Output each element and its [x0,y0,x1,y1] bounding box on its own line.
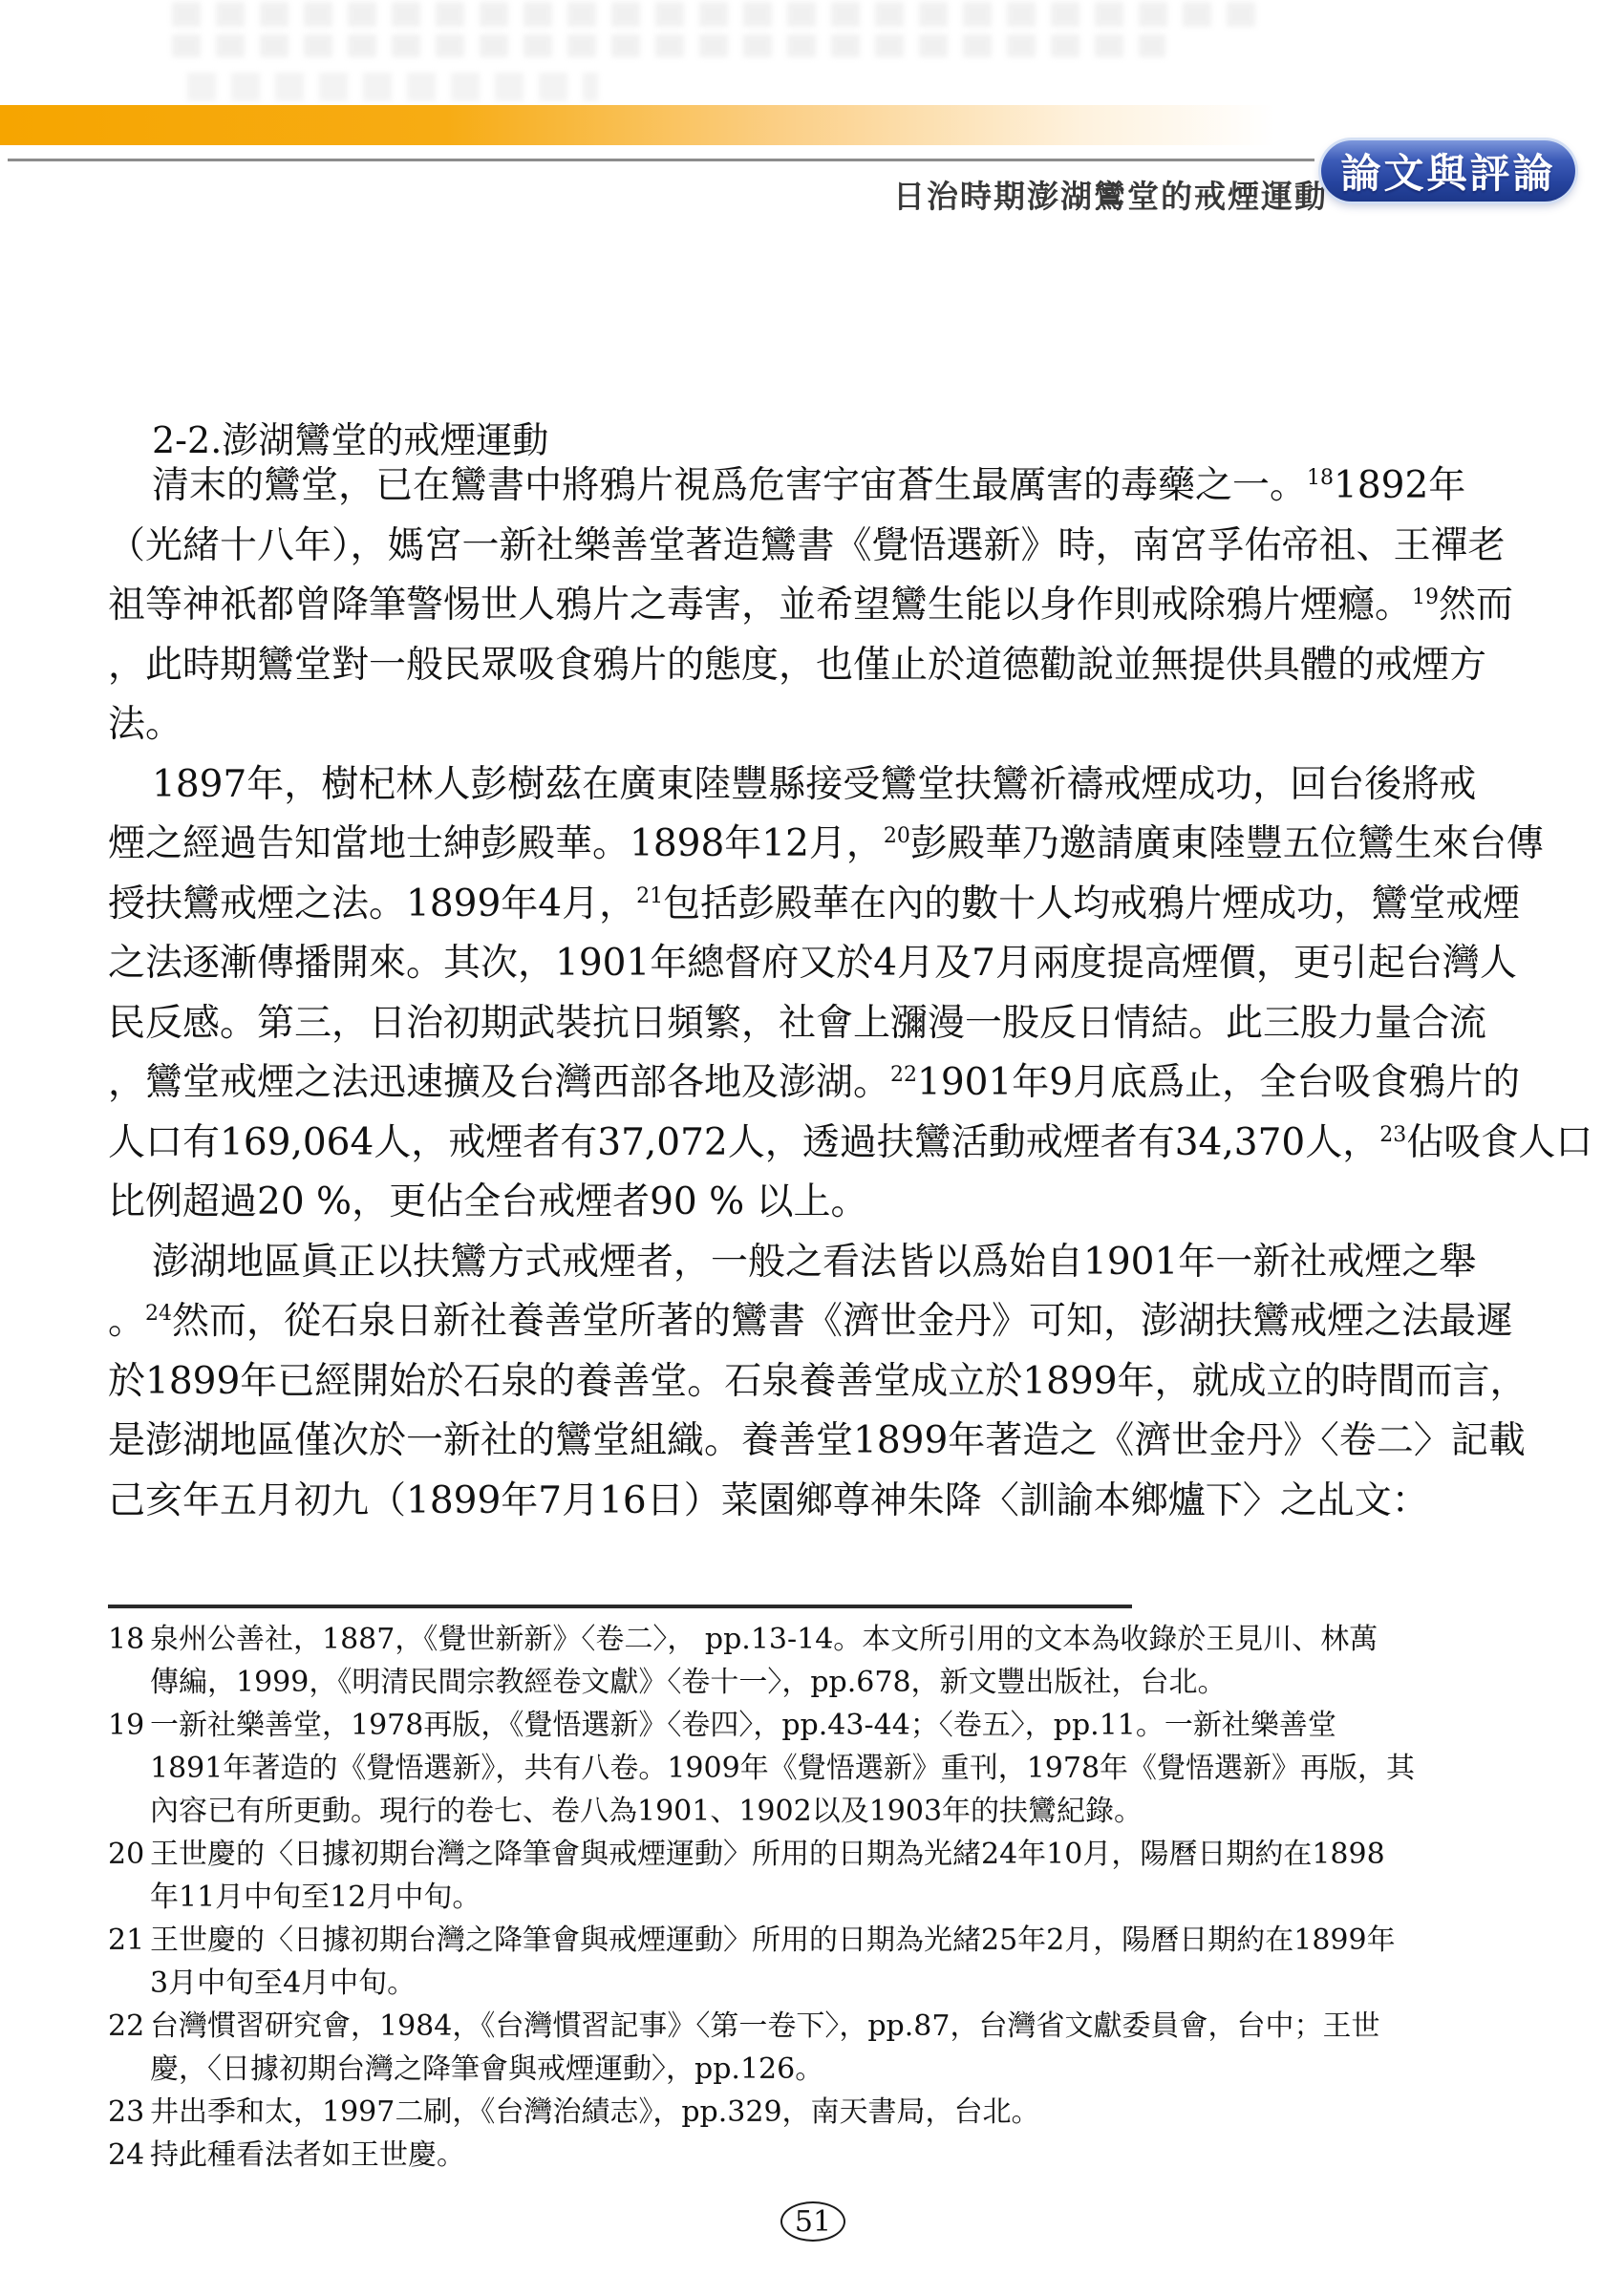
body-line: 澎湖地區眞正以扶鸞方式戒煙者，一般之看法皆以爲始自1901年一新社戒煙之舉 [108,1233,1519,1293]
footnote-row: 慶，〈日據初期台灣之降筆會與戒煙運動〉，pp.126。 [108,2048,1541,2091]
footnote-row: 23井出季和太，1997二刷，《台灣治績志》，pp.329，南天書局，台北。 [108,2091,1541,2134]
footnote-number: 21 [108,1919,150,1962]
body-line: 祖等神祇都曾降筆警惕世人鴉片之毒害，並希望鸞生能以身作則戒除鴉片煙癮。19然而 [108,576,1519,636]
footnote-text: 王世慶的〈日據初期台灣之降筆會與戒煙運動〉所用的日期為光緒25年2月，陽曆日期約… [150,1924,1396,1957]
footnote-row: 年11月中旬至12月中旬。 [108,1876,1541,1919]
body-line: ，鸞堂戒煙之法迅速擴及台灣西部各地及澎湖。221901年9月底爲止，全台吸食鴉片… [108,1053,1519,1114]
page-number-oval: 51 [780,2201,845,2242]
ghost-text [172,34,1165,57]
footnote-text: 3月中旬至4月中旬。 [150,1966,416,2000]
footnote-text: 台灣慣習研究會，1984，《台灣慣習記事》〈第一卷下〉，pp.87，台灣省文獻委… [150,2009,1379,2043]
footnote-text: 年11月中旬至12月中旬。 [150,1881,481,1914]
footnotes: 18泉州公善社，1887，《覺世新新》〈卷二〉， pp.13-14。本文所引用的… [108,1618,1541,2177]
footnote-row: 19一新社樂善堂，1978再版，《覺悟選新》〈卷四〉，pp.43-44；〈卷五〉… [108,1704,1541,1747]
footnote-row: 1891年著造的《覺悟選新》，共有八卷。1909年《覺悟選新》重刊，1978年《… [108,1747,1541,1790]
footnote-row: 20王世慶的〈日據初期台灣之降筆會與戒煙運動〉所用的日期為光緒24年10月，陽曆… [108,1833,1541,1876]
footnote-text: 王世慶的〈日據初期台灣之降筆會與戒煙運動〉所用的日期為光緒24年10月，陽曆日期… [150,1838,1385,1871]
running-title: 日治時期澎湖鸞堂的戒煙運動 [893,172,1328,217]
badge-label: 論文與評論 [1340,142,1555,200]
body-line: 是澎湖地區僅次於一新社的鸞堂組織。養善堂1899年著造之《濟世金丹》〈卷二〉記載 [108,1412,1519,1472]
footnote-text: 持此種看法者如王世慶。 [150,2138,465,2172]
ghost-text [187,73,598,101]
body-line: 清末的鸞堂，已在鸞書中將鴉片視爲危害宇宙蒼生最厲害的毒藥之一。181892年 [108,457,1519,517]
body-line: ，此時期鸞堂對一般民眾吸食鴉片的態度，也僅止於道德勸說並無提供具體的戒煙方 [108,636,1519,696]
body-line: 煙之經過告知當地士紳彭殿華。1898年12月，20彭殿華乃邀請廣東陸豐五位鸞生來… [108,815,1519,875]
footnote-number: 20 [108,1833,150,1876]
body-line: 於1899年已經開始於石泉的養善堂。石泉養善堂成立於1899年，就成立的時間而言… [108,1352,1519,1413]
body-line: 授扶鸞戒煙之法。1899年4月，21包括彭殿華在內的數十人均戒鴉片煙成功，鸞堂戒… [108,875,1519,935]
category-badge: 論文與評論 [1321,140,1575,202]
footnote-row: 21王世慶的〈日據初期台灣之降筆會與戒煙運動〉所用的日期為光緒25年2月，陽曆日… [108,1919,1541,1962]
body-line: 之法逐漸傳播開來。其次，1901年總督府又於4月及7月兩度提高煙價，更引起台灣人 [108,934,1519,994]
footnote-text: 泉州公善社，1887，《覺世新新》〈卷二〉， pp.13-14。本文所引用的文本… [150,1623,1378,1656]
footnote-text: 慶，〈日據初期台灣之降筆會與戒煙運動〉，pp.126。 [150,2052,823,2086]
header-gradient-bar [0,105,1275,145]
footnote-row: 24持此種看法者如王世慶。 [108,2134,1541,2177]
body-line: 。24然而，從石泉日新社養善堂所著的鸞書《濟世金丹》可知，澎湖扶鸞戒煙之法最遲 [108,1292,1519,1352]
footnote-text: 井出季和太，1997二刷，《台灣治績志》，pp.329，南天書局，台北。 [150,2095,1040,2129]
body-line: 民反感。第三，日治初期武裝抗日頻繁，社會上瀰漫一股反日情結。此三股力量合流 [108,994,1519,1054]
body-text: 清末的鸞堂，已在鸞書中將鴉片視爲危害宇宙蒼生最厲害的毒藥之一。181892年 （… [108,457,1519,1531]
body-line: 1897年，樹杞林人彭樹茲在廣東陸豐縣接受鸞堂扶鸞祈禱戒煙成功，回台後將戒 [108,755,1519,816]
footnote-row: 內容已有所更動。現行的卷七、卷八為1901、1902以及1903年的扶鸞紀錄。 [108,1790,1541,1833]
footnote-row: 3月中旬至4月中旬。 [108,1962,1541,2005]
footnote-text: 傳編，1999，《明清民間宗教經卷文獻》〈卷十一〉，pp.678，新文豐出版社，… [150,1666,1227,1699]
body-line: 人口有169,064人，戒煙者有37,072人，透過扶鸞活動戒煙者有34,370… [108,1114,1519,1174]
footnote-number: 23 [108,2091,150,2134]
footnote-row: 18泉州公善社，1887，《覺世新新》〈卷二〉， pp.13-14。本文所引用的… [108,1618,1541,1661]
footnote-text: 內容已有所更動。現行的卷七、卷八為1901、1902以及1903年的扶鸞紀錄。 [150,1795,1143,1828]
scanned-paper-page: 日治時期澎湖鸞堂的戒煙運動 論文與評論 2-2.澎湖鸞堂的戒煙運動 清末的鸞堂，… [0,0,1624,2296]
footnote-separator [108,1605,1132,1608]
page-number: 51 [795,2205,831,2239]
footnote-number: 24 [108,2134,150,2177]
body-line: 己亥年五月初九（1899年7月16日）菜園鄉尊神朱降〈訓諭本鄉爐下〉之乩文： [108,1472,1519,1532]
body-line: （光緒十八年），媽宮一新社樂善堂著造鸞書《覺悟選新》時，南宮孚佑帝祖、王禪老 [108,517,1519,577]
footnote-number: 19 [108,1704,150,1747]
header-rule [8,159,1314,161]
footnote-number: 22 [108,2005,150,2048]
body-line: 比例超過20 %，更佔全台戒煙者90 % 以上。 [108,1173,1519,1233]
ghost-text [172,2,1271,27]
footnote-number: 18 [108,1618,150,1661]
footnote-text: 一新社樂善堂，1978再版，《覺悟選新》〈卷四〉，pp.43-44；〈卷五〉，p… [150,1709,1336,1742]
footnote-row: 傳編，1999，《明清民間宗教經卷文獻》〈卷十一〉，pp.678，新文豐出版社，… [108,1661,1541,1704]
body-line: 法。 [108,695,1519,755]
footnote-text: 1891年著造的《覺悟選新》，共有八卷。1909年《覺悟選新》重刊，1978年《… [150,1752,1415,1785]
footnote-row: 22台灣慣習研究會，1984，《台灣慣習記事》〈第一卷下〉，pp.87，台灣省文… [108,2005,1541,2048]
